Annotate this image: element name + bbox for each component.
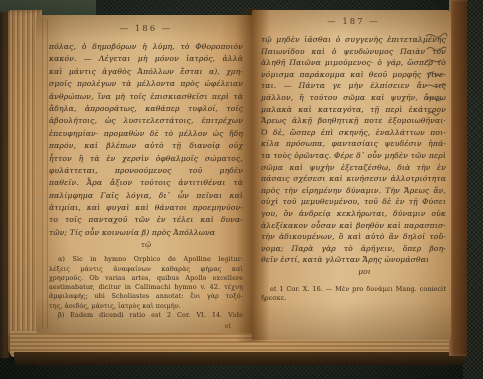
left-page-footnote: α) Sic in hymno Orphico de Apolline legi… bbox=[49, 255, 243, 320]
text-line: πόλας, ὁ δημοβόρων ἡ λύμη, τὸ Φθοροποιὸν bbox=[49, 41, 243, 53]
footnote-line: α) Sic in hymno Orphico de Apolline legi… bbox=[49, 255, 243, 264]
text-line: ἀνθρώπων, ἵνα μὴ τοῖς ἐπισκιασθεῖσι περὶ… bbox=[49, 91, 243, 103]
photo-of-open-book: — 186 — πόλας, ὁ δημοβόρων ἡ λύμη, τὸ Φθ… bbox=[0, 0, 483, 379]
left-page-body: πόλας, ὁ δημοβόρων ἡ λύμη, τὸ Φθοροποιὸν… bbox=[49, 41, 243, 239]
footnote-line: et 1 Cor. X. 16. — Μὲν pro δυνάμει Mang.… bbox=[261, 285, 446, 294]
handwritten-marginalia-left bbox=[36, 177, 50, 241]
fore-edge bbox=[449, 0, 467, 356]
text-line: νόμισμα παράκομμα καὶ θεοῦ μορφῆς γίνε- bbox=[261, 69, 446, 81]
catchword-right: μοι bbox=[261, 267, 446, 276]
right-page-footnote: et 1 Cor. X. 16. — Μὲν pro δυνάμει Mang.… bbox=[261, 285, 446, 304]
text-line: τῷ μηδὲν ἰᾶσθαι ὁ συγγενὴς ἐπιτεταλμένης bbox=[261, 34, 446, 46]
footnote-line: ἀμφιλαφής; ubi Scholiastes annotat: ἔνι … bbox=[49, 292, 243, 301]
text-line: κακόν. — Λέγεται μὴ μόνον ἰατρός, ἀλλὰ bbox=[49, 53, 243, 65]
text-line: Ὁ δὲ, ὥσπερ ἐπὶ σκηνῆς, ἐναλλάττων ποι- bbox=[261, 127, 446, 139]
text-line: γου, ὃν ἀνδρείᾳ κεκλήρωται, δύναμιν οὐκ … bbox=[261, 208, 446, 220]
footnote-line: της, ἀοιδός, μάντις, ἰατρὸς καὶ ποιμήν. bbox=[49, 302, 243, 311]
text-line: τὴν ἀδικουμένων, ὃ καὶ αὐτὸ ἂν δηλοῖ τοὔ… bbox=[261, 231, 446, 243]
text-line: τα τοὺς ὁρῶντας. Φέρε δ᾽ οὖν μηδὲν τῶν π… bbox=[261, 150, 446, 162]
footnote-line: aestimabatur, dicitur in Callimachi hymn… bbox=[49, 283, 243, 292]
footnote-line: ἤρεσκε. bbox=[261, 294, 446, 303]
text-line: μαλακὰ καὶ κατεαγότα, τῇ περὶ ἑκάτερον bbox=[261, 104, 446, 116]
right-page: — 187 — τῷ μηδὲν ἰᾶσθαι ὁ συγγενὴς ἐπιτε… bbox=[252, 10, 451, 340]
text-line: καὶ μάντις ἀγαθὸς Ἀπόλλων ἔσται α), χρη- bbox=[49, 66, 243, 78]
text-line: σῶμα καὶ ψυχὴν ἐξεταζέσθω, διὰ τὴν ἐν bbox=[261, 162, 446, 174]
text-line: ἧττον ἢ τὰ ἐν χερσὶν ὀφθαλμοῖς σώματος, bbox=[49, 153, 243, 165]
text-line: ἀληθῆ Παιῶνα μιμούμενος· ὁ γάρ, ὥσπερ τὸ bbox=[261, 57, 446, 69]
text-line: μᾶλλον, ἢ τούτου σῶμα καὶ ψυχήν, ἄμφω bbox=[261, 92, 446, 104]
text-line: κίλα πρόσωπα, φαντασίαις ψευδέσιν ἠπά- bbox=[261, 138, 446, 150]
footnote-catchword-left: et bbox=[49, 322, 243, 330]
text-line: ἀτιμίαι, καὶ φυγαὶ καὶ θάνατοι προεμηνύο… bbox=[49, 202, 243, 214]
handwritten-marginalia-right bbox=[423, 30, 449, 126]
text-line: φυλάττεται, προνοούμενος τοῦ μηδὲν ἀνέλπ… bbox=[49, 165, 243, 177]
text-line: παλίμφημα Γαῖς λόγια, δι᾽ ὧν πεῖναι καὶ bbox=[49, 190, 243, 202]
text-line: τῶν; Τίς οὖν κοινωνία β) πρὸς Ἀπόλλωνα bbox=[49, 227, 243, 239]
text-line: οὐχὶ τοῦ μεμυθευμένου, τοῦ δὲ ἐν τῇ Φύσε… bbox=[261, 196, 446, 208]
text-line: ἐπευφημίαν· προμαθὼν δὲ τὸ μέλλον ὡς ἤδη bbox=[49, 128, 243, 140]
text-line: θεῖν ἐστί, κατὰ γλῶτταν Ἄρης ὠνομάσθαι bbox=[261, 254, 446, 266]
right-page-body: τῷ μηδὲν ἰᾶσθαι ὁ συγγενὴς ἐπιτεταλμένης… bbox=[261, 34, 446, 266]
text-line: πρὸς τὴν εἱρημένην δύναμιν. Τὴν Ἄρεως ἄν… bbox=[261, 185, 446, 197]
page-crease bbox=[47, 19, 48, 329]
footnote-line: λέξεις μάντις ἀναφαίνων καθαρὰς φήμας κα… bbox=[49, 265, 243, 274]
catchword-left: τῷ bbox=[49, 240, 243, 249]
left-page: — 186 — πόλας, ὁ δημοβόρων ἡ λύμη, τὸ Φθ… bbox=[36, 15, 252, 333]
book-cover-bottom-edge bbox=[14, 352, 466, 365]
text-line: παρόν, καὶ βλέπων αὐτὸ τῇ διανοίᾳ οὐχ bbox=[49, 140, 243, 152]
text-line: παθεῖν. Ἆρα ἄξιον τούτοις ἀντιτιθέναι τὰ bbox=[49, 177, 243, 189]
text-line: ται. — Πάντα γε μὴν ἐλπίσειεν ἄν τις bbox=[261, 80, 446, 92]
footnote-line: β) Eadem dicendi ratio est 2 Cor. VI. 14… bbox=[49, 311, 243, 320]
text-line: ἀλεξίκακον οὖσαν καὶ βοηθὸν καὶ παρασπισ… bbox=[261, 220, 446, 232]
footnote-line: χρησμούς. Ob varias artes, quibus Apollo… bbox=[49, 274, 243, 283]
text-line: σμοῖς προλέγων τὰ μέλλοντα πρὸς ὠφέλειαν bbox=[49, 78, 243, 90]
text-line: Ἄρεως ἀλκῇ βοηθητικῇ ποτε ἐξομοιωθῆναι· bbox=[261, 115, 446, 127]
text-line: πάσαις σχέσεσι καὶ κινήσεσιν ἀλλοτριότητ… bbox=[261, 173, 446, 185]
text-line: το τοῖς πανταχοῦ τῶν ἐν τέλει καὶ δυνα- bbox=[49, 214, 243, 226]
text-line: ἄδηλα, ἀπροοράτως, καθάπερ τυφλοί, τοῖς bbox=[49, 103, 243, 115]
text-line: ἀβουλήτοις, ὡς λυσιτελεστάτοις, ἐπιτρέχω… bbox=[49, 115, 243, 127]
page-number-left: — 186 — bbox=[49, 24, 243, 34]
page-crease bbox=[42, 19, 43, 329]
text-line: Παιωνίδου καὶ ὁ ψευδώνυμος Παιὰν τὸν bbox=[261, 46, 446, 58]
page-number-right: — 187 — bbox=[261, 17, 446, 27]
text-line: νομα; Παρὰ γὰρ τὸ ἀρήγειν, ὅπερ βοη- bbox=[261, 243, 446, 255]
